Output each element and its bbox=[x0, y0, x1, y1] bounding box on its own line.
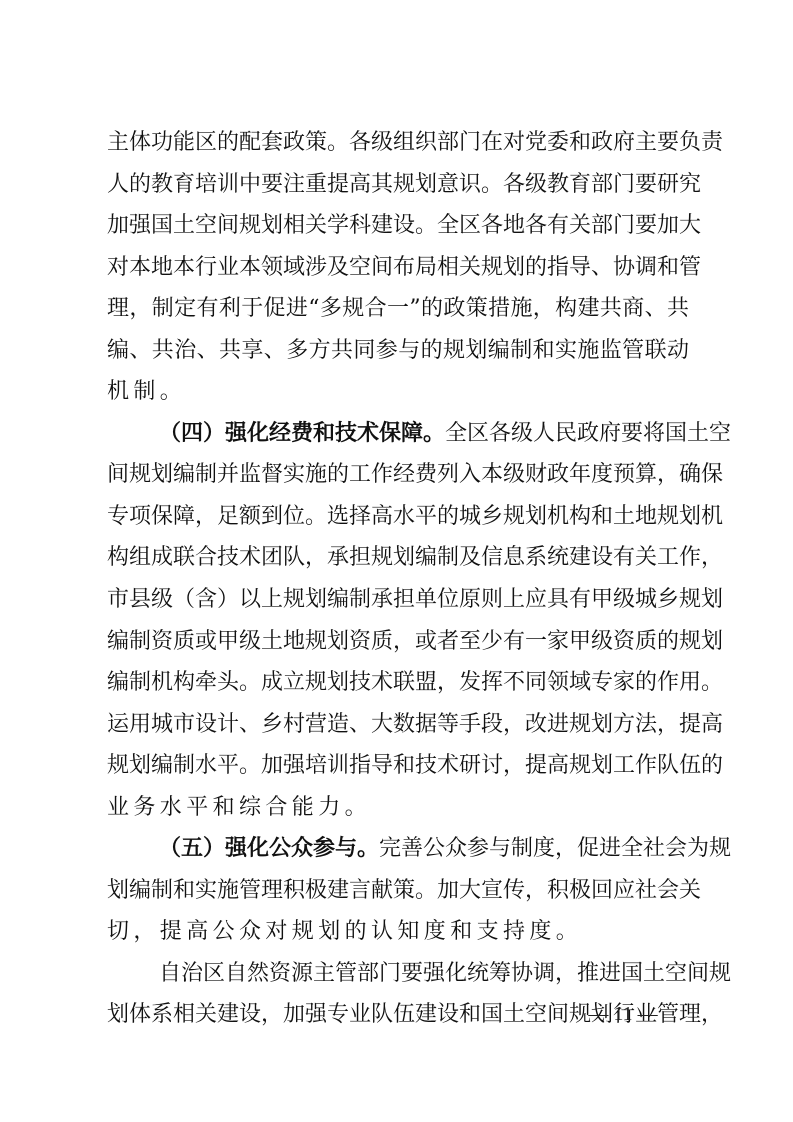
text-line: 编制资质或甲级土地规划资质，或者至少有一家甲级资质的规划 bbox=[107, 621, 689, 663]
text-line: 机制。 bbox=[107, 371, 689, 413]
text-line: 业务水平和综合能力。 bbox=[107, 787, 689, 829]
text-line: 切，提高公众对规划的认知度和支持度。 bbox=[107, 911, 689, 953]
section-text: 完善公众参与制度，促进全社会为规 bbox=[379, 836, 731, 861]
text-line: 编、共治、共享、多方共同参与的规划编制和实施监管联动 bbox=[107, 330, 689, 372]
text-line: 加强国土空间规划相关学科建设。全区各地各有关部门要加大 bbox=[107, 205, 689, 247]
document-page: 主体功能区的配套政策。各级组织部门在对党委和政府主要负责 人的教育培训中要注重提… bbox=[0, 0, 793, 1122]
text-line: 主体功能区的配套政策。各级组织部门在对党委和政府主要负责 bbox=[107, 122, 689, 164]
text-line: 规划编制水平。加强培训指导和技术研讨，提高规划工作队伍的 bbox=[107, 745, 689, 787]
section-heading-5: （五）强化公众参与。 bbox=[159, 835, 379, 861]
text-line: 自治区自然资源主管部门要强化统筹协调，推进国土空间规 bbox=[107, 953, 689, 995]
text-line: 划编制和实施管理积极建言献策。加大宣传，积极回应社会关 bbox=[107, 870, 689, 912]
text-line: 人的教育培训中要注重提高其规划意识。各级教育部门要研究 bbox=[107, 164, 689, 206]
text-line: 间规划编制并监督实施的工作经费列入本级财政年度预算，确保 bbox=[107, 454, 689, 496]
text-line: 专项保障，足额到位。选择高水平的城乡规划机构和土地规划机 bbox=[107, 496, 689, 538]
page-number: — 11 — bbox=[583, 1000, 663, 1028]
text-line: 对本地本行业本领域涉及空间布局相关规划的指导、协调和管 bbox=[107, 247, 689, 289]
section-heading-line: （四）强化经费和技术保障。全区各级人民政府要将国土空 bbox=[107, 413, 689, 455]
body-text: 主体功能区的配套政策。各级组织部门在对党委和政府主要负责 人的教育培训中要注重提… bbox=[107, 122, 689, 1036]
text-line: 构组成联合技术团队，承担规划编制及信息系统建设有关工作， bbox=[107, 537, 689, 579]
text-line: 编制机构牵头。成立规划技术联盟，发挥不同领域专家的作用。 bbox=[107, 662, 689, 704]
section-heading-4: （四）强化经费和技术保障。 bbox=[159, 420, 445, 446]
section-heading-line: （五）强化公众参与。完善公众参与制度，促进全社会为规 bbox=[107, 828, 689, 870]
text-line: 理，制定有利于促进“多规合一”的政策措施，构建共商、共 bbox=[107, 288, 689, 330]
text-line: 市县级（含）以上规划编制承担单位原则上应具有甲级城乡规划 bbox=[107, 579, 689, 621]
section-text: 全区各级人民政府要将国土空 bbox=[445, 421, 731, 446]
text-line: 运用城市设计、乡村营造、大数据等手段，改进规划方法，提高 bbox=[107, 704, 689, 746]
